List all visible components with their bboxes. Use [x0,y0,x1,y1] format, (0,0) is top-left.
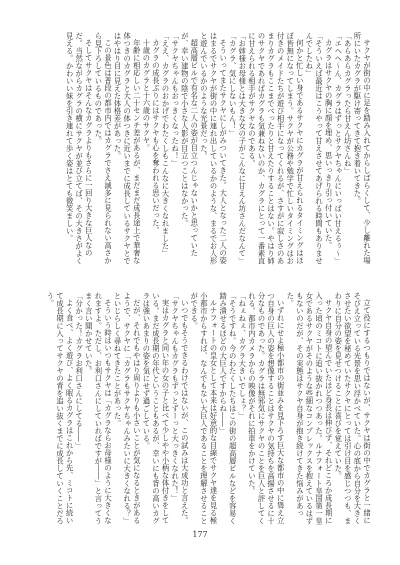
paragraph: この景色は普段の都市内ではカグラでさえ滅多に見られない高さから見下ろしているもの… [94,32,113,268]
dialogue-line: 「カグラ、気にしないもん！」 [228,32,238,268]
paragraph: 立て役にするつもりではないが、サクヤは街の中でカグラと一緒にそびえ立っている光景… [334,292,372,530]
paragraph: サクヤが街の中に足を踏み入れてからしばらくして、少し離れた場所にいたカグラが駆け… [353,32,372,268]
dialogue-line: 「分かった！カグラお利口さんにしてる――」 [75,292,85,530]
paragraph: 何かと忙しい身であるサクヤにカグラが甘えられるタイミングはほぼ皆無になってしまう… [247,32,305,268]
paragraph: 十歳のカグラと十六歳のサクヤ。 [142,32,152,268]
dialogue-line: 「サクヤちゃんもおっきくなったね！」 [171,32,181,268]
paragraph: 超高層ビルで有名な二人の姿が目立つんじゃないかと思っていたが、幸い建物の陰で小さ… [180,32,199,268]
dialogue-line: 「エヘヘ～ん、カグラはずっとサクヤちゃんにいっぱい甘えるぅ～」 [334,32,344,268]
paragraph: そういう時はいつもサクヤは「カグラならお母様のように大きくなれますよ。ただし、お… [84,292,113,530]
dialogue-line: 「ねぇねぇ、カグラ大きいでしょ？」 [238,292,248,530]
paragraph: カグラの成長ぶりにはサクヤも心を奪われる思いだった。 [151,32,161,268]
paragraph: サクヤ自身の望んでいたほど身長は伸びず、それどころか成長期に入った頃のミコトに追… [286,292,334,530]
dialogue-line: 「お姉様お母様とは大きな女の子がこんなに甘えん坊さんだなんて」 [238,32,248,268]
paragraph: だが、それでもやはり周りよりも小さいことが気になるときがあるようで、サクヤに「カ… [113,292,142,530]
paragraph: いつでもそうできるわけではないが、この試みは大成功と言えた。 [180,292,190,530]
paragraph: そういってまたサクヤにしがみついてきた。大人となった二人の姿はまるでサクヤが街の… [199,32,228,268]
paragraph: よく食べ、よく遊び、よく眠るカグラはこれから先、ミコトに続いて成長期に入ってサク… [46,292,75,530]
text-block-top: サクヤが街の中に足を踏み入れてからしばらくして、少し離れた場所にいたカグラが駆け… [36,32,372,268]
paragraph: 実はカグラと同い年の女の子と比べて少しやや小柄な体付きをしている。まだ成長期の年… [142,292,171,530]
text-block-bottom: 立て役にするつもりではないが、サクヤは街の中でカグラと一緒にそびえ立っている光景… [36,292,372,530]
dialogue-line: 「そういえば最近はこうやって甘えさせてあげられる時間もありませんでしたね」 [305,32,324,268]
paragraph: ルナフォートの皇女として本来は好意的な目線でサクヤ達を見る極小都市からすれば、な… [190,292,219,530]
page-number: 177 [0,530,400,539]
paragraph: 年齢に相応しい二十センチ差があるが、まだまだ成長途上で華奢な体つきのカグラと大人… [113,32,142,268]
dialogue-line: 「ええ、カグラのおかげでわたくしもこんなに大きくなれました」 [161,32,171,268]
paragraph: そしてサクヤはそんなカグラよりもさらに一回り大きな巨人なのだ。当然ながらカグラの… [65,32,94,268]
dialogue-line: 「あらあらカグラったら甘えん坊さんね」 [343,32,353,268]
dialogue-line: 「サクヤちゃんもカグラもずっとずーっと大っきくなれた！」 [171,292,181,530]
paragraph: いずれにせよ極小都市の街並みを見下ろす巨大な都市の中に聳え立つ自身の巨人の姿を想… [247,292,285,530]
dialogue-line: 「そうですね。今のわたくしたちはこの街の超高層ビルなどを容易く踏み潰せるほどの大… [219,292,238,530]
paragraph: カグラはサクヤの胸に顔を埋め、思いっきり引っ付いていた。 [324,32,334,268]
